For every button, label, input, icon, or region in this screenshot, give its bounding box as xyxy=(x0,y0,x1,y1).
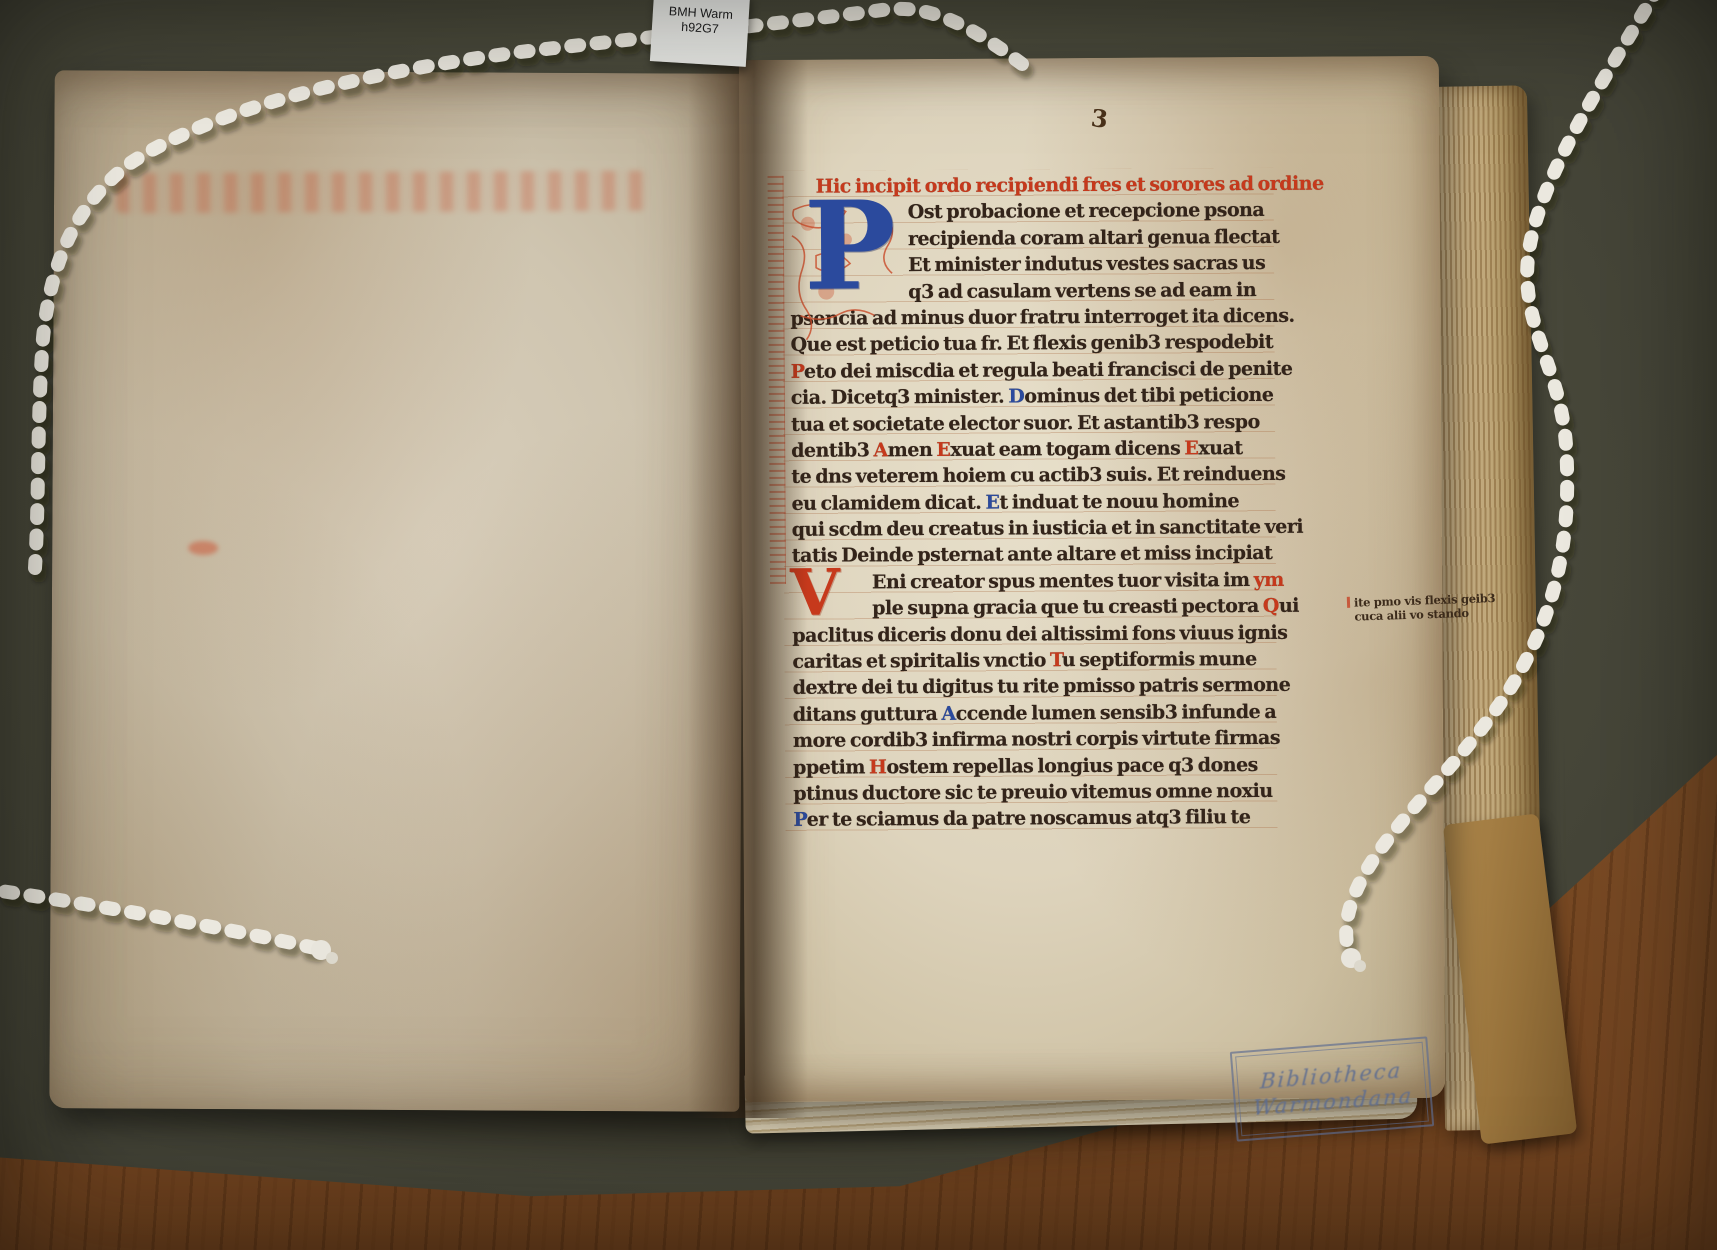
manuscript-text-line: tua et societate elector suor. Et astant… xyxy=(791,408,1271,437)
library-stamp-border: Bibliotheca Warmondana xyxy=(1235,1042,1429,1137)
manuscript-text-line: eu clamidem dicat. Et induat te nouu hom… xyxy=(791,488,1271,517)
right-text-page: 3 P V xyxy=(739,56,1445,1102)
manuscript-text-line: ppetim Hostem repellas longius pace q3 d… xyxy=(793,751,1273,780)
manuscript-text-line: qui scdm deu creatus in iusticia et in s… xyxy=(792,514,1272,543)
manuscript-text-line: Per te sciamus da patre noscamus atq3 fi… xyxy=(793,804,1273,833)
manuscript-text-line: cia. Dicetq3 minister. Dominus det tibi … xyxy=(791,382,1271,411)
manuscript-text-line: paclitus diceris donu dei altissimi fons… xyxy=(792,620,1272,649)
manuscript-text-line: caritas et spiritalis vnctio Tu septifor… xyxy=(792,646,1272,675)
book-gutter-shadow xyxy=(688,60,808,1118)
marginal-annotation: ite pmo vis flexis geib3 cuca alii vo st… xyxy=(1354,590,1525,623)
initial-p-glyph: P xyxy=(804,187,896,304)
red-ink-offset-smudge xyxy=(116,171,648,214)
red-smudge xyxy=(188,541,218,555)
library-stamp: Bibliotheca Warmondana xyxy=(1230,1036,1434,1141)
manuscript-photo: 3 P V xyxy=(0,0,1717,1250)
manuscript-text-line: tatis Deinde psternat ante altare et mis… xyxy=(792,540,1272,569)
manuscript-text-line: more cordib3 infirma nostri corpis virtu… xyxy=(793,725,1273,754)
manuscript-text-line: dextre dei tu digitus tu rite pmisso pat… xyxy=(793,672,1273,701)
manuscript-text-line: ditans guttura Accende lumen sensib3 inf… xyxy=(793,699,1273,728)
manuscript-text-line: te dns veterem hoiem cu actib3 suis. Et … xyxy=(791,461,1271,490)
manuscript-text-line: ple supna gracia que tu creasti pectora … xyxy=(792,593,1272,622)
left-blank-page xyxy=(49,70,744,1112)
shelfmark-label-slip: BMH Warm h92G7 xyxy=(650,0,750,67)
manuscript-text-line: dentib3 Amen Exuat eam togam dicens Exua… xyxy=(791,435,1271,464)
manuscript-text-line: Peto dei miscdia et regula beati francis… xyxy=(791,356,1271,385)
manuscript-text-line: Eni creator spus mentes tuor visita im y… xyxy=(792,567,1272,596)
folio-number: 3 xyxy=(1090,103,1110,134)
manuscript-text-line: ptinus ductore sic te preuio vitemus omn… xyxy=(793,778,1273,807)
manuscript-text-block: P V Hic incipit ordo recipiendi fres et … xyxy=(790,171,1274,834)
